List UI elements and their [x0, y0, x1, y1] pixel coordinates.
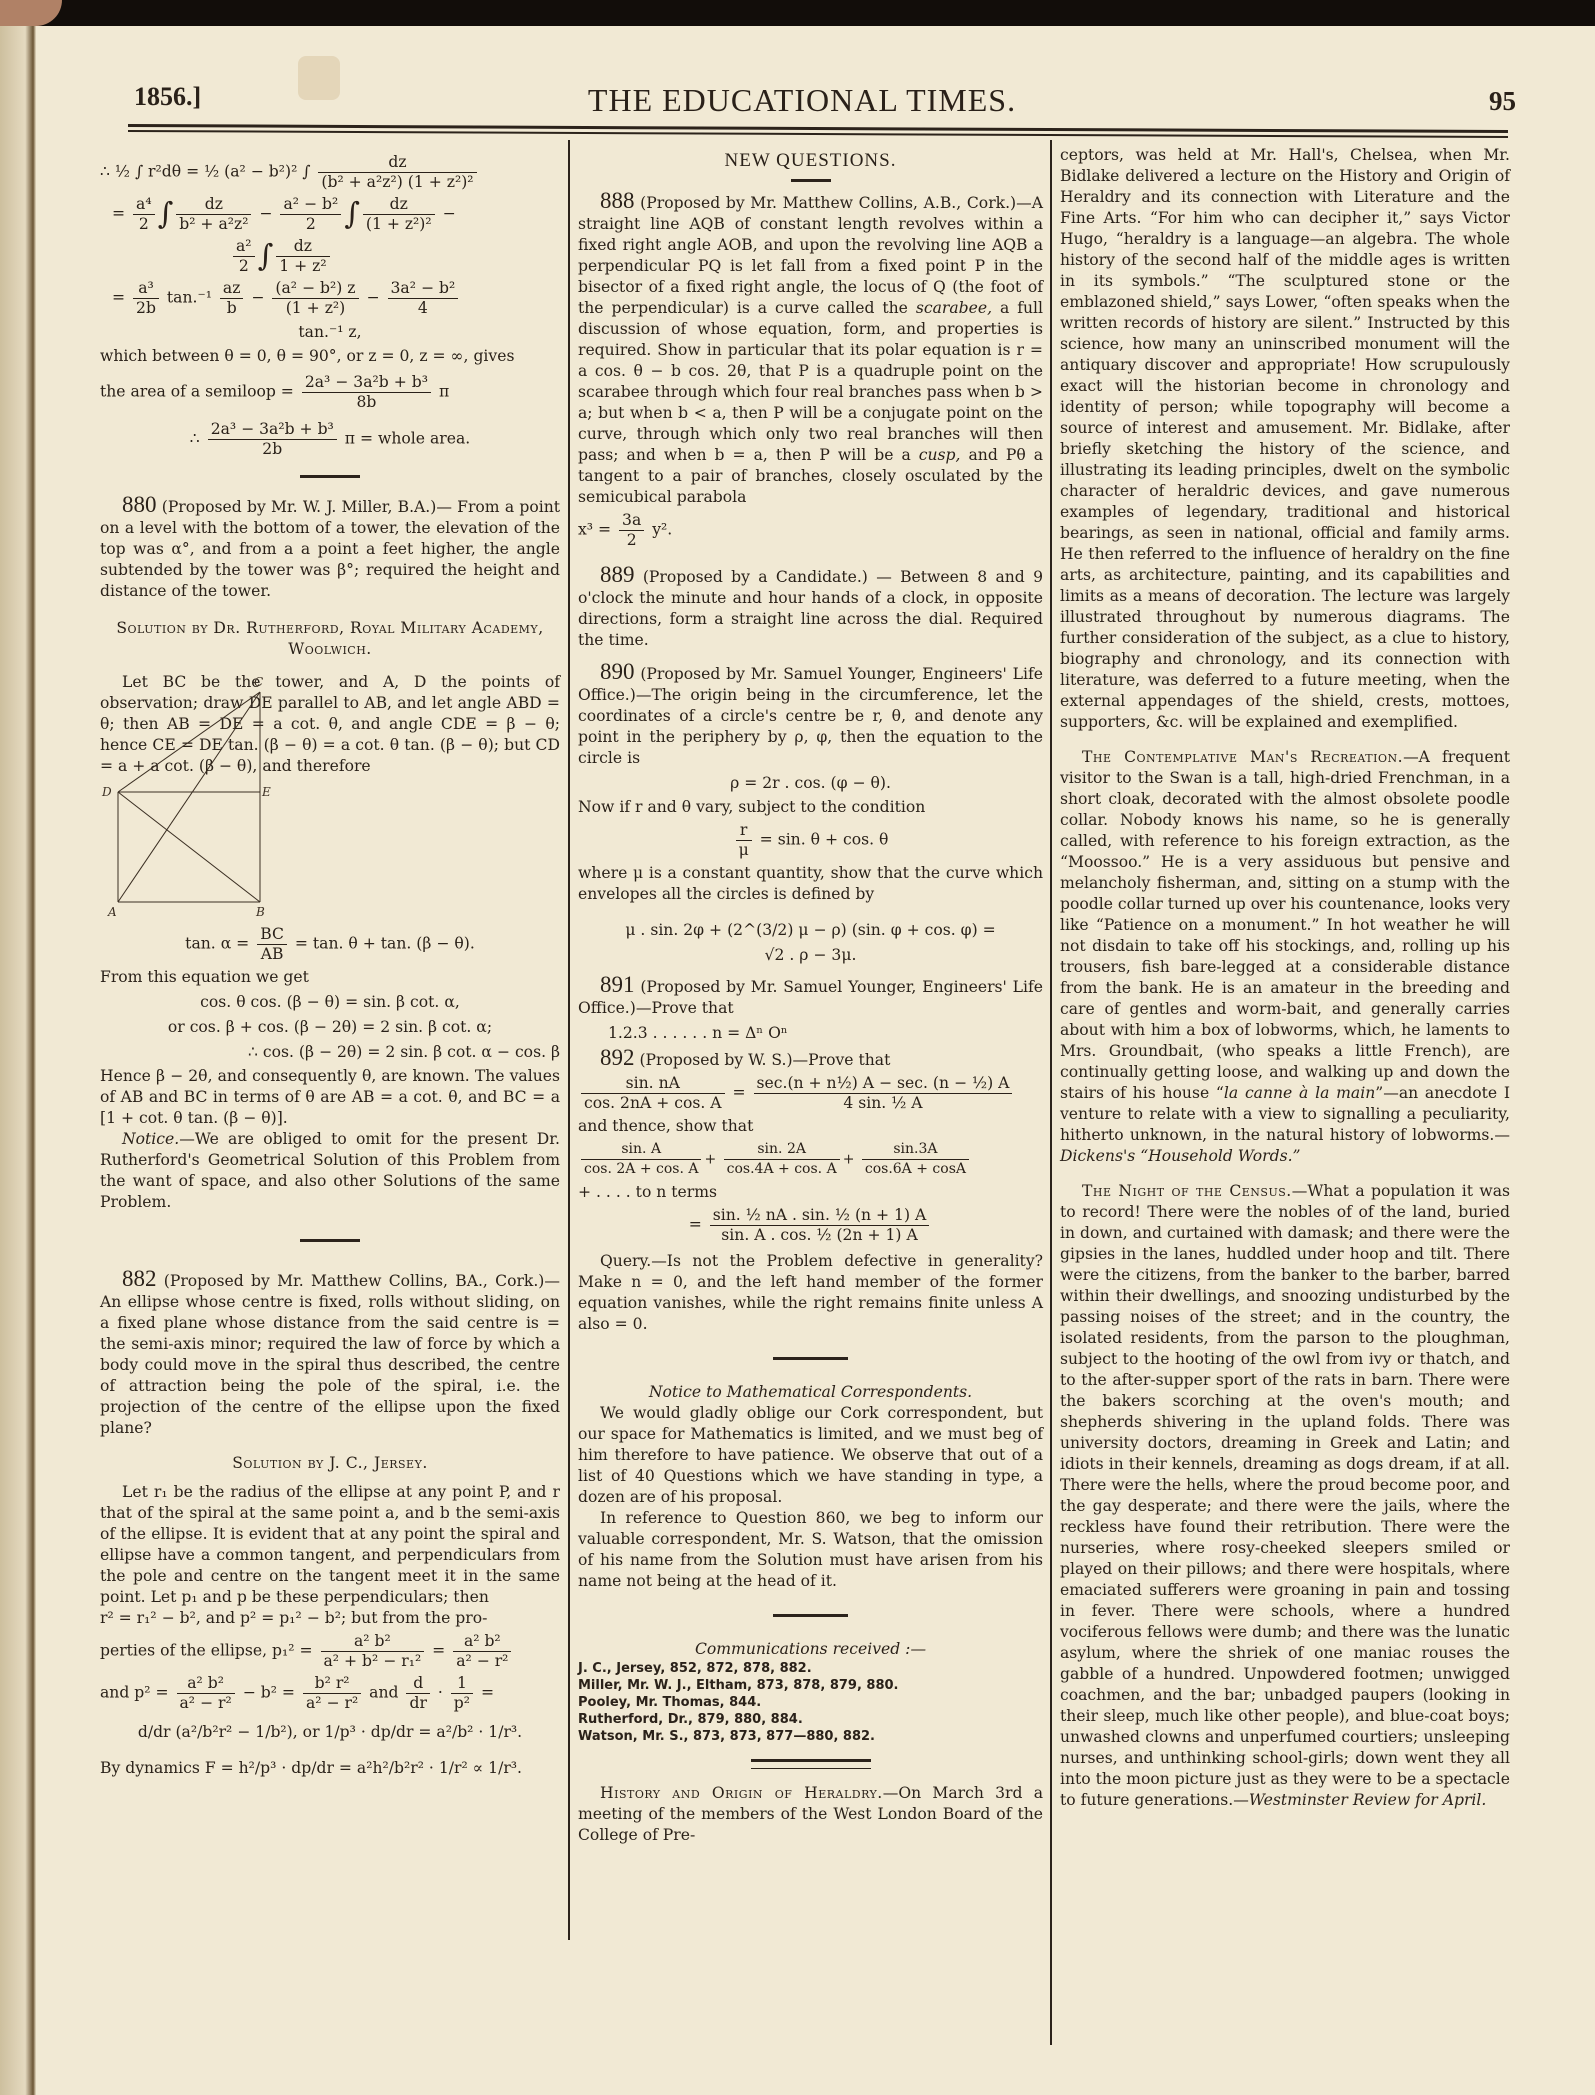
paragraph: From this equation we get — [100, 967, 560, 988]
paragraph: + . . . . to n terms — [578, 1182, 1043, 1203]
equation: ∴ ½ ∫ r²dθ = ½ (a² − b²)² ∫ dz(b² + a²z²… — [100, 153, 560, 192]
equation: 1.2.3 . . . . . . n = Δⁿ Oⁿ — [578, 1022, 1043, 1044]
question-891: 891 (Proposed by Mr. Samuel Younger, Eng… — [578, 974, 1043, 1019]
heraldry-continuation: ceptors, was held at Mr. Hall's, Chelsea… — [1060, 145, 1510, 733]
book-gutter — [0, 26, 36, 2095]
communication-entry: Rutherford, Dr., 879, 880, 884. — [578, 1711, 1043, 1728]
svg-text:D: D — [101, 785, 112, 799]
equation: cos. θ cos. (β − θ) = sin. β cot. α, — [100, 991, 560, 1013]
equation: x³ = 3a2 y². — [578, 511, 1043, 550]
equation: tan.⁻¹ z, — [100, 321, 560, 343]
equation: the area of a semiloop = 2a³ − 3a²b + b³… — [100, 373, 560, 412]
solution-text: Let r₁ be the radius of the ellipse at a… — [100, 1482, 560, 1608]
solution-heading: Solution by Dr. Rutherford, Royal Milita… — [100, 618, 560, 660]
svg-text:A: A — [107, 905, 117, 919]
equation: ρ = 2r . cos. (φ − θ). — [578, 772, 1043, 794]
question-890: 890 (Proposed by Mr. Samuel Younger, Eng… — [578, 661, 1043, 769]
svg-text:C: C — [254, 675, 263, 689]
paragraph: r² = r₁² − b², and p² = p₁² − b²; but fr… — [100, 1608, 560, 1629]
equation: perties of the ellipse, p₁² = a² b²a² + … — [100, 1632, 560, 1671]
question-892: 892 (Proposed by W. S.)—Prove that — [578, 1047, 1043, 1071]
section-rule — [300, 475, 360, 478]
section-rule — [791, 179, 831, 182]
scan-top-edge — [0, 0, 1595, 26]
communications-list: J. C., Jersey, 852, 872, 878, 882. Mille… — [578, 1660, 1043, 1745]
page-number: 95 — [1489, 86, 1516, 117]
communication-entry: J. C., Jersey, 852, 872, 878, 882. — [578, 1660, 1043, 1677]
paragraph: where μ is a constant quantity, show tha… — [578, 863, 1043, 905]
equation: or cos. β + cos. (β − 2θ) = 2 sin. β cot… — [100, 1016, 560, 1038]
contemplative-paragraph: The Contemplative Man's Recreation.—A fr… — [1060, 747, 1510, 1167]
notice-paragraph: Notice.—We are obliged to omit for the p… — [100, 1129, 560, 1213]
section-rule — [773, 1357, 848, 1360]
equation: μ . sin. 2φ + (2^(3/2) μ − ρ) (sin. φ + … — [578, 919, 1043, 941]
query-paragraph: Query.—Is not the Problem defective in g… — [578, 1251, 1043, 1335]
section-heading: NEW QUESTIONS. — [578, 150, 1043, 171]
section-rule — [300, 1239, 360, 1242]
notice-paragraph: We would gladly oblige our Cork correspo… — [578, 1403, 1043, 1508]
paragraph: Hence β − 2θ, and consequently θ, are kn… — [100, 1066, 560, 1129]
equation: sin. Acos. 2A + cos. A+ sin. 2Acos.4A + … — [578, 1140, 1043, 1179]
question-882: 882 (Proposed by Mr. Matthew Collins, BA… — [100, 1268, 560, 1439]
equation: d/dr (a²/b²r² − 1/b²), or 1/p³ · dp/dr =… — [100, 1721, 560, 1743]
section-rule — [751, 1759, 871, 1769]
section-rule — [773, 1614, 848, 1617]
paragraph: and thence, show that — [578, 1116, 1043, 1137]
equation: = a³2b tan.⁻¹ azb − (a² − b²) z(1 + z²) … — [100, 279, 560, 318]
communications-heading: Communications received :— — [578, 1639, 1043, 1660]
equation: ∴ 2a³ − 3a²b + b³2b π = whole area. — [100, 420, 560, 459]
figure-block: C D E A B Let BC be the tower, and A, D … — [100, 672, 560, 922]
tower-diagram: C D E A B — [100, 672, 296, 922]
equation: = a⁴2∫dzb² + a²z² − a² − b²2∫dz(1 + z²)²… — [100, 195, 560, 234]
paragraph: Now if r and θ vary, subject to the cond… — [578, 797, 1043, 818]
column-1: ∴ ½ ∫ r²dθ = ½ (a² − b²)² ∫ dz(b² + a²z²… — [100, 150, 560, 1782]
equation: and p² = a² b²a² − r² − b² = b² r²a² − r… — [100, 1674, 560, 1713]
svg-text:B: B — [255, 905, 265, 919]
notice-heading: Notice to Mathematical Correspondents. — [578, 1382, 1043, 1403]
column-2: NEW QUESTIONS. 888 (Proposed by Mr. Matt… — [578, 150, 1043, 1846]
question-880: 880 (Proposed by Mr. W. J. Miller, B.A.)… — [100, 494, 560, 602]
communication-entry: Miller, Mr. W. J., Eltham, 873, 878, 879… — [578, 1677, 1043, 1694]
census-paragraph: The Night of the Census.—What a populati… — [1060, 1181, 1510, 1811]
column-3: ceptors, was held at Mr. Hall's, Chelsea… — [1060, 145, 1510, 1811]
communication-entry: Watson, Mr. S., 873, 873, 877—880, 882. — [578, 1728, 1043, 1745]
communication-entry: Pooley, Mr. Thomas, 844. — [578, 1694, 1043, 1711]
solution-heading: Solution by J. C., Jersey. — [100, 1453, 560, 1474]
heraldry-paragraph: History and Origin of Heraldry.—On March… — [578, 1783, 1043, 1846]
equation: By dynamics F = h²/p³ · dp/dr = a²h²/b²r… — [100, 1757, 560, 1779]
equation: a²2∫dz1 + z² — [100, 237, 560, 276]
notice-paragraph: In reference to Question 860, we beg to … — [578, 1508, 1043, 1592]
publication-title: THE EDUCATIONAL TIMES. — [92, 82, 1512, 119]
question-889: 889 (Proposed by a Candidate.) — Between… — [578, 564, 1043, 651]
paragraph: which between θ = 0, θ = 90°, or z = 0, … — [100, 346, 560, 367]
equation: √2 . ρ − 3μ. — [578, 944, 1043, 966]
question-888: 888 (Proposed by Mr. Matthew Collins, A.… — [578, 190, 1043, 508]
masthead: 1856.] THE EDUCATIONAL TIMES. 95 — [92, 80, 1512, 124]
equation: tan. α = BCAB = tan. θ + tan. (β − θ). — [100, 925, 560, 964]
equation: sin. nAcos. 2nA + cos. A = sec.(n + n½) … — [578, 1074, 1043, 1113]
equation: ∴ cos. (β − 2θ) = 2 sin. β cot. α − cos.… — [100, 1041, 560, 1063]
equation: rμ = sin. θ + cos. θ — [578, 821, 1043, 860]
column-divider — [1050, 140, 1052, 2045]
equation: = sin. ½ nA . sin. ½ (n + 1) Asin. A . c… — [578, 1206, 1043, 1245]
column-divider — [568, 140, 570, 1940]
svg-text:E: E — [261, 785, 271, 799]
